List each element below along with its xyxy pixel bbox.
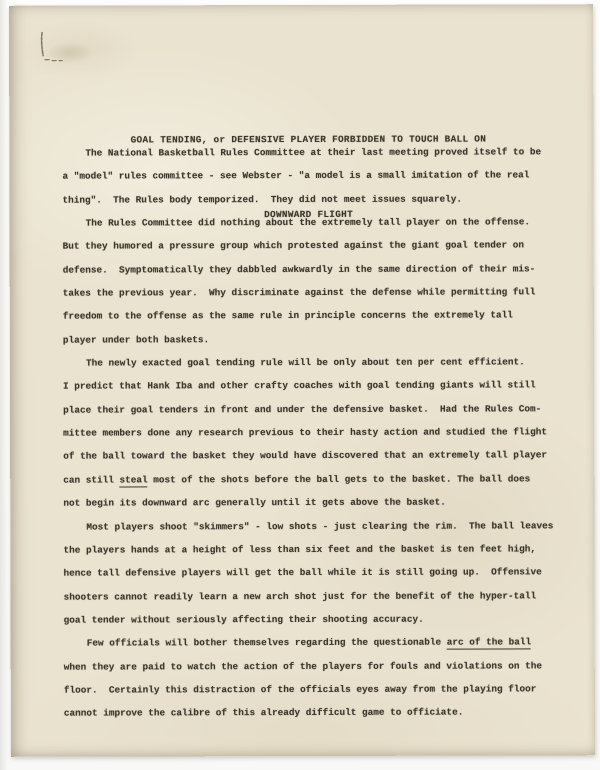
text-line: a "model" rules committee - see Webster …: [62, 164, 556, 189]
text-line: freedom to the offense as the same rule …: [63, 304, 557, 329]
paragraph: Most players shoot "skimmers" - low shot…: [63, 514, 557, 632]
text-line: cannot improve the calibre of this alrea…: [64, 701, 558, 726]
text-line: Few officials will bother themselves reg…: [64, 631, 558, 656]
text-line: place their goal tenders in front and un…: [63, 397, 557, 422]
typed-text: a "model" rules committee - see Webster …: [62, 170, 529, 182]
typed-text: The newly exacted goal tending rule will…: [86, 357, 525, 369]
typed-text: The Rules Committee did nothing about th…: [86, 216, 530, 228]
typed-text: mittee members done any research previou…: [63, 426, 547, 438]
text-line: defense. Symptomatically they dabbled aw…: [63, 257, 557, 282]
typed-text: But they humored a pressure group which …: [63, 240, 524, 252]
typed-text: thing". The Rules body temporized. They …: [63, 193, 462, 205]
typed-text: can still: [63, 474, 119, 485]
text-line: goal tender without seriously affecting …: [64, 607, 558, 632]
scan-background: GOAL TENDING, or DEFENSIVE PLAYER FORBID…: [0, 0, 600, 770]
text-line: The newly exacted goal tending rule will…: [63, 350, 557, 375]
paragraph: The Rules Committee did nothing about th…: [63, 210, 557, 351]
typed-text: I predict that Hank Iba and other crafty…: [63, 380, 536, 392]
text-line: thing". The Rules body temporized. They …: [62, 187, 556, 212]
typed-text: of the ball toward the basket they would…: [63, 450, 547, 462]
typed-text: hence tall defensive players will get th…: [63, 567, 541, 579]
typed-text: when they are paid to watch the action o…: [64, 660, 542, 672]
typed-text: not begin its downward arc generally unt…: [63, 497, 446, 509]
text-line: can still steal most of the shots before…: [63, 467, 557, 492]
text-line: I predict that Hank Iba and other crafty…: [63, 374, 557, 399]
paragraph: The National Basketball Rules Committee …: [62, 140, 556, 211]
text-line: floor. Certainly this distraction of the…: [64, 677, 558, 702]
typed-text: player under both baskets.: [63, 334, 209, 345]
typed-text: goal tender without seriously affecting …: [64, 614, 424, 626]
typed-text: the players hands at a height of less th…: [63, 543, 536, 555]
text-line: of the ball toward the basket they would…: [63, 444, 557, 469]
typed-text: Most players shoot "skimmers" - low shot…: [86, 520, 553, 532]
text-line: The Rules Committee did nothing about th…: [63, 210, 557, 235]
text-line: Most players shoot "skimmers" - low shot…: [63, 514, 557, 539]
paragraph: Few officials will bother themselves reg…: [64, 631, 558, 726]
text-line: takes the previous year. Why discriminat…: [63, 280, 557, 305]
underlined-text: arc of the ball: [447, 637, 531, 650]
text-line: not begin its downward arc generally unt…: [63, 490, 557, 515]
typed-text: cannot improve the calibre of this alrea…: [64, 707, 463, 719]
pencil-tick-mark: [31, 30, 65, 66]
typed-text: Few officials will bother themselves reg…: [87, 637, 447, 649]
typed-text: freedom to the offense as the same rule …: [63, 310, 513, 322]
typed-text: place their goal tenders in front and un…: [63, 403, 541, 415]
text-line: mittee members done any research previou…: [63, 420, 557, 445]
text-line: the players hands at a height of less th…: [63, 537, 557, 562]
document-body: The National Basketball Rules Committee …: [62, 140, 558, 725]
typed-text: shooters cannot readily learn a new arch…: [64, 590, 537, 602]
text-line: when they are paid to watch the action o…: [64, 654, 558, 679]
typed-text: floor. Certainly this distraction of the…: [64, 683, 537, 695]
text-line: shooters cannot readily learn a new arch…: [64, 584, 558, 609]
typed-text: defense. Symptomatically they dabbled aw…: [63, 263, 536, 275]
typed-text: takes the previous year. Why discriminat…: [63, 286, 536, 298]
text-line: hence tall defensive players will get th…: [63, 561, 557, 586]
text-line: But they humored a pressure group which …: [63, 234, 557, 259]
text-line: The National Basketball Rules Committee …: [62, 140, 556, 165]
document-page: GOAL TENDING, or DEFENSIVE PLAYER FORBID…: [9, 4, 595, 757]
text-line: player under both baskets.: [63, 327, 557, 352]
typed-text: The National Basketball Rules Committee …: [85, 146, 541, 158]
paragraph: The newly exacted goal tending rule will…: [63, 350, 557, 515]
underlined-text: steal: [120, 474, 148, 487]
typed-text: most of the shots before the ball gets t…: [148, 473, 531, 485]
